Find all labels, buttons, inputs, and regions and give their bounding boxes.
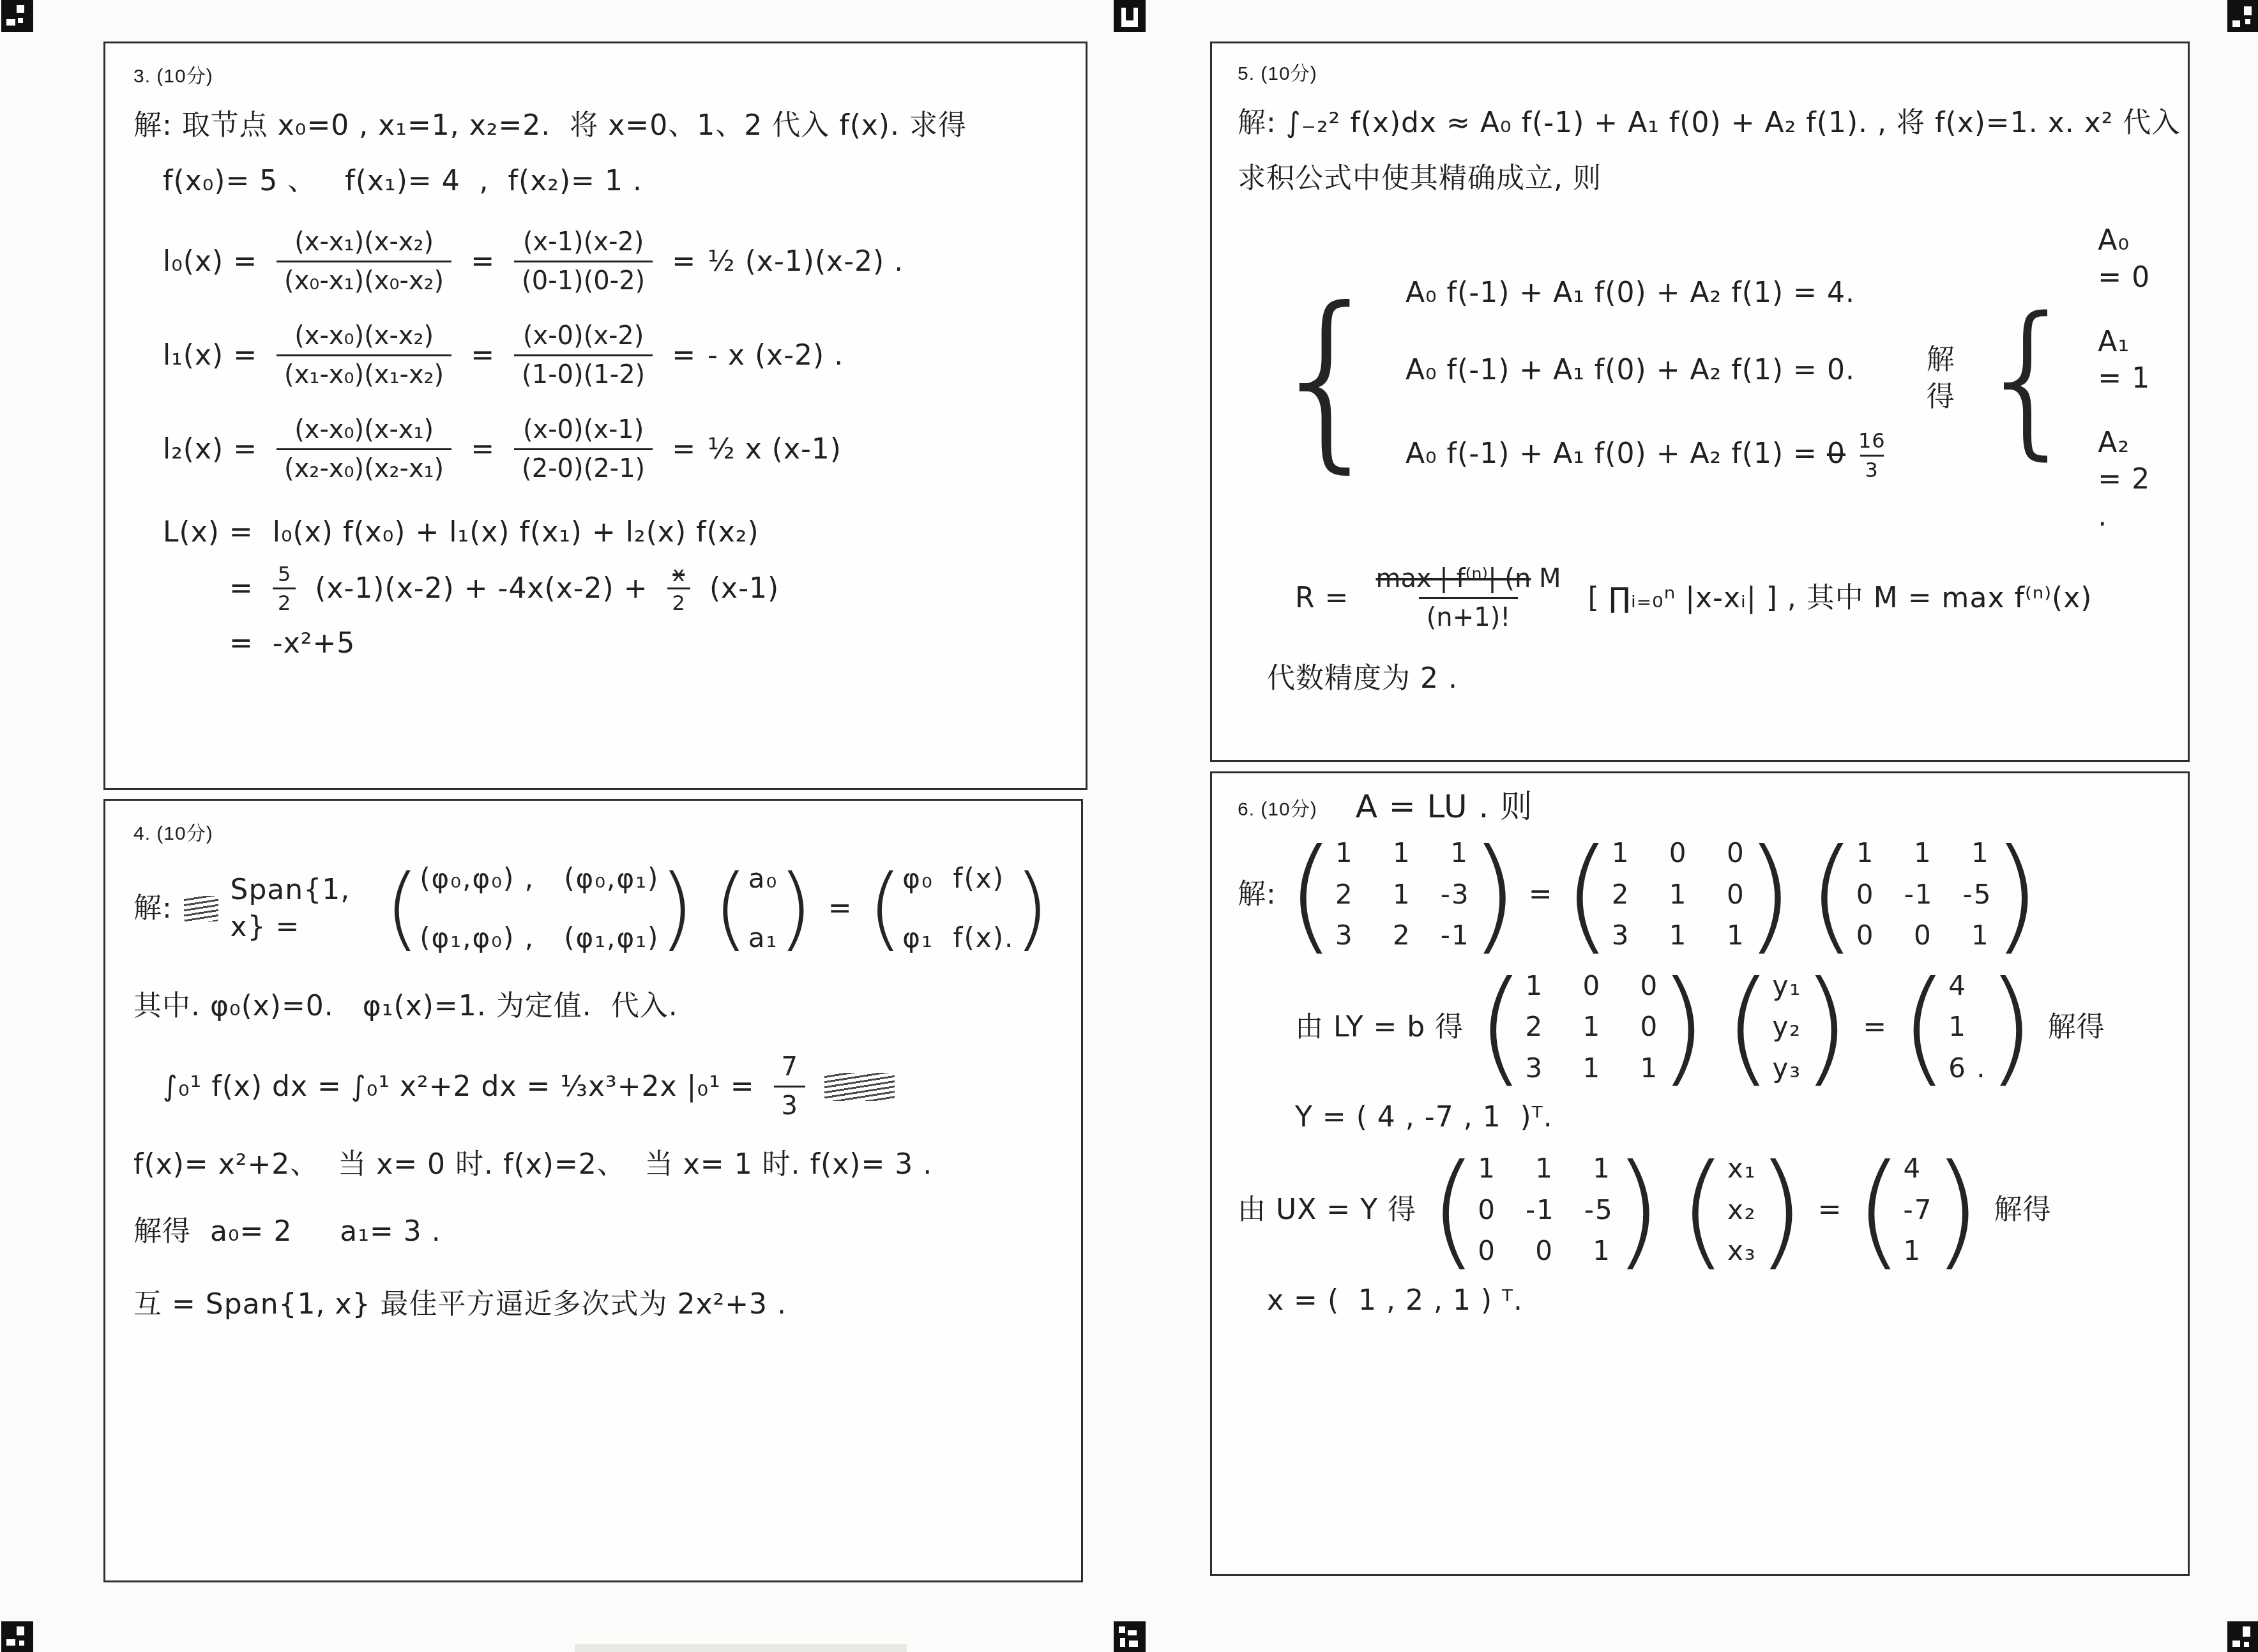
p5-exact-line: 求积公式中使其精确成立, 则 [1238,160,2162,197]
left-paren: ( [713,870,748,946]
p4-final-answer: 互 = Span{1, x} 最佳平方逼近多次式为 2x²+3 . [133,1286,1053,1322]
R-frac: max | f⁽ⁿ⁾| (n M (n+1)! [1368,564,1568,632]
l1-eq2: = [672,337,696,374]
x-row: x₃ [1727,1234,1757,1268]
left-paren: ( [1563,842,1612,948]
answer-box-problem-3: 3. (10分) 解: 取节点 x₀=0 , x₁=1, x₂=2. 将 x=0… [103,42,1087,790]
L-row: 3 1 1 [1612,919,1745,953]
U-row: 0 0 1 [1856,919,1992,953]
p4-solve-label: 解: [133,890,172,927]
p3-L-expansion: L(x) = l₀(x) f(x₀) + l₁(x) f(x₁) + l₂(x)… [163,514,1057,550]
R-denominator: (n+1)! [1419,597,1519,632]
l0-frac1: (x-x₁)(x-x₂)(x₀-x₁)(x₀-x₂) [277,227,451,296]
y-row: y₁ [1773,969,1802,1003]
l1-frac2: (x-0)(x-2)(1-0)(1-2) [514,321,653,390]
l1-num2: (x-0)(x-2) [515,321,652,354]
left-brace: { [1267,302,1389,455]
p6-LU-decomposition: 解: ( 1 1 1 2 1 -3 3 2 -1 ) = ( 1 0 0 2 1… [1238,837,2162,953]
p3-l0-equation: l₀(x) = (x-x₁)(x-x₂)(x₀-x₁)(x₀-x₂) = (x-… [163,227,1057,296]
matrix-U: ( 1 1 1 0 -1 -5 0 0 1 ) [1429,1152,1662,1268]
l2-lhs: l₂(x) = [163,431,257,467]
l0-rhs: ½ (x-1)(x-2) . [708,243,904,280]
p6-solve3-label: 解得 [1994,1192,2052,1228]
vector-b: ( 4 1 6 . ) [1900,969,2035,1086]
rhs-vector: ( φ₀ f(x) φ₁ f(x). ) [868,862,1049,955]
scribbled-out-text [824,1073,895,1101]
p4-normal-equations: 解: Span{1, x} = ( (φ₀,φ₀) , (φ₀,φ₁) (φ₁,… [133,862,1053,955]
system-eq-3: A₀ f(-1) + A₁ f(0) + A₂ f(1) = 0163 [1406,429,1898,482]
left-paren: ( [1679,1157,1727,1263]
right-paren: ) [1992,842,2040,948]
p4-coefficients-result: 解得 a₀= 2 a₁= 3 . [133,1213,1053,1250]
right-paren: ) [1933,1157,1981,1263]
l0-den1: (x₀-x₁)(x₀-x₂) [277,261,451,296]
l1-rhs: - x (x-2) . [708,337,844,374]
l2-rhs: ½ x (x-1) [708,431,842,467]
gram-matrix: ( (φ₀,φ₀) , (φ₀,φ₁) (φ₁,φ₀) , (φ₁,φ₁) ) [385,862,694,955]
right-paren: ) [1014,870,1049,946]
p6-eq2: = [1863,1009,1887,1045]
l0-num2: (x-1)(x-2) [515,227,652,261]
matrix-A: ( 1 1 1 2 1 -3 3 2 -1 ) [1287,837,1519,953]
p6-Y-result: Y = ( 4 , -7 , 1 )ᵀ. [1295,1099,2162,1135]
gram-row: (φ₀,φ₀) , (φ₀,φ₁) [420,862,659,896]
Yval-row: -7 [1904,1194,1933,1227]
l2-den1: (x₂-x₀)(x₂-x₁) [277,448,451,483]
U-row: 0 -1 -5 [1478,1194,1614,1227]
vector-x: ( x₁ x₂ x₃ ) [1679,1152,1805,1268]
matrix-U: ( 1 1 1 0 -1 -5 0 0 1 ) [1808,837,2041,953]
l2-num2: (x-0)(x-1) [515,415,652,448]
Yval-row: 1 [1904,1234,1933,1268]
scribbled-out-text [184,896,219,921]
frac-num: 7 [774,1052,805,1086]
struck-zero: 0 [1827,438,1845,471]
aruco-marker-icon [2227,1621,2258,1652]
Yval-row: 4 [1904,1152,1933,1186]
frac-den: 3 [1860,455,1884,482]
l1-frac1: (x-x₀)(x-x₂)(x₁-x₀)(x₁-x₂) [277,321,451,390]
l0-num1: (x-x₁)(x-x₂) [287,227,441,261]
result-A1: A₁ = 1 [2098,324,2162,397]
system-eq-1: A₀ f(-1) + A₁ f(0) + A₂ f(1) = 4. [1406,275,1898,311]
x-row: x₁ [1727,1152,1757,1186]
p5-remainder-line: R = max | f⁽ⁿ⁾| (n M (n+1)! [ ∏ᵢ₌₀ⁿ |x-x… [1295,564,2162,632]
U-row: 0 -1 -5 [1856,878,1992,912]
left-paren: ( [1900,974,1948,1080]
right-paren: ) [1614,1157,1662,1263]
aruco-marker-icon [1114,0,1146,32]
problem-3-header: 3. (10分) [133,60,1057,88]
matrix-L: ( 1 0 0 2 1 0 3 1 1 ) [1476,969,1707,1086]
p5-system: { A₀ f(-1) + A₁ f(0) + A₂ f(1) = 4. A₀ f… [1267,222,2162,534]
l0-eq2: = [672,243,696,280]
p4-integral-line: ∫₀¹ f(x) dx = ∫₀¹ x²+2 dx = ⅓x³+2x |₀¹ =… [163,1052,1053,1121]
p6-x-result: x = ( 1 , 2 , 1 ) ᵀ. [1267,1282,2162,1319]
L2-den1: 2 [273,587,296,615]
rhs-row: φ₁ f(x). [902,921,1014,955]
L2-frac2: x2 [667,563,690,616]
right-paren: ) [1801,974,1850,1080]
frac-num: 16 [1853,429,1891,455]
left-paren: ( [1429,1157,1478,1263]
p3-l2-equation: l₂(x) = (x-x₀)(x-x₁)(x₂-x₀)(x₂-x₁) = (x-… [163,415,1057,483]
L2-den2: 2 [667,587,690,615]
L2-post: (x-1) [709,570,779,607]
l1-den1: (x₁-x₀)(x₁-x₂) [277,354,451,390]
l2-eq1: = [471,431,495,467]
left-paren: ( [1476,974,1525,1080]
coef-row: a₁ [748,921,778,955]
left-paren: ( [1808,842,1856,948]
R-lhs: R = [1295,580,1349,616]
l2-eq2: = [672,431,696,467]
p4-basis-line: 其中. φ₀(x)=0. φ₁(x)=1. 为定值. 代入. [133,988,1053,1024]
answer-box-problem-4: 4. (10分) 解: Span{1, x} = ( (φ₀,φ₀) , (φ₀… [103,799,1083,1582]
LY-equals-b-label: 由 LY = b 得 [1295,1009,1464,1045]
problem-5-header: 5. (10分) [1238,57,2162,86]
p6-eq3: = [1818,1192,1842,1228]
L2-num1: 5 [273,563,296,588]
l0-den2: (0-1)(0-2) [514,261,653,296]
L2-pre: = [229,570,254,607]
vector-Y-values: ( 4 -7 1 ) [1855,1152,1981,1268]
scan-artifact [575,1644,907,1652]
vector-y: ( y₁ y₂ y₃ ) [1724,969,1850,1086]
rhs-row: φ₀ f(x) [902,862,1014,896]
p4-equals: = [828,890,852,927]
l0-lhs: l₀(x) = [163,243,257,280]
p6-solve-label: 解: [1238,876,1277,913]
right-paren: ) [1470,842,1519,948]
left-brace: { [1976,312,2081,445]
result-A0: A₀ = 0 [2098,222,2162,295]
l1-den2: (1-0)(1-2) [514,354,653,390]
sixteen-thirds-frac: 163 [1853,429,1891,482]
left-paren: ( [1287,842,1335,948]
y-row: y₃ [1773,1052,1802,1086]
kept-numerator: M [1539,564,1561,593]
aruco-marker-icon [1,0,33,32]
aruco-marker-icon [1114,1621,1146,1652]
L2-num2: x [667,563,690,588]
system-eq-2: A₀ f(-1) + A₁ f(0) + A₂ f(1) = 0. [1406,352,1898,388]
L-row: 1 0 0 [1525,969,1658,1003]
aruco-marker-icon [1,1621,33,1652]
p5-degree-conclusion: 代数精度为 2 . [1267,660,2162,697]
p6-eq1: = [1529,876,1553,913]
l1-lhs: l₁(x) = [163,337,257,374]
L-row: 3 1 1 [1525,1052,1658,1086]
coef-row: a₀ [748,862,778,896]
problem-6-header: 6. (10分) [1238,793,1317,821]
U-row: 0 0 1 [1478,1234,1614,1268]
matrix-L: ( 1 0 0 2 1 0 3 1 1 ) [1563,837,1794,953]
l0-eq1: = [471,243,495,280]
L-row: 1 0 0 [1612,837,1745,870]
U-row: 1 1 1 [1856,837,1992,870]
p3-final-result: = -x²+5 [229,625,1057,662]
p4-span-label: Span{1, x} = [230,872,369,944]
l1-num1: (x-x₀)(x-x₂) [287,321,441,354]
p4-eval-line: f(x)= x²+2、 当 x= 0 时. f(x)=2、 当 x= 1 时. … [133,1146,1053,1183]
l2-frac2: (x-0)(x-1)(2-0)(2-1) [514,415,653,483]
A-row: 2 1 -3 [1335,878,1470,912]
left-paren: ( [868,870,903,946]
l2-num1: (x-x₀)(x-x₁) [287,415,441,448]
y-row: y₂ [1773,1010,1802,1044]
p5-quadrature-line: 解: ∫₋₂² f(x)dx ≈ A₀ f(-1) + A₁ f(0) + A₂… [1238,105,2162,141]
p6-solve2-label: 解得 [2048,1009,2105,1045]
p3-L-substituted: = 52 (x-1)(x-2) + -4x(x-2) + x2 (x-1) [229,563,1057,616]
aruco-marker-icon [2227,0,2258,32]
p3-line-nodes: 解: 取节点 x₀=0 , x₁=1, x₂=2. 将 x=0、1、2 代入 f… [133,107,1057,144]
frac-den: 3 [774,1086,805,1121]
R-numerator: max | f⁽ⁿ⁾| (n M [1368,564,1568,597]
l2-den2: (2-0)(2-1) [514,448,653,483]
L-row: 2 1 0 [1525,1010,1658,1044]
gram-row: (φ₁,φ₀) , (φ₁,φ₁) [420,921,659,955]
result-A2: A₂ = 2 . [2098,425,2162,534]
right-paren: ) [1757,1157,1805,1263]
answer-box-problem-5: 5. (10分) 解: ∫₋₂² f(x)dx ≈ A₀ f(-1) + A₁ … [1210,42,2190,762]
integral-expression: ∫₀¹ f(x) dx = ∫₀¹ x²+2 dx = ⅓x³+2x |₀¹ = [163,1068,755,1105]
problem-4-header: 4. (10分) [133,817,1053,845]
l0-frac2: (x-1)(x-2)(0-1)(0-2) [514,227,653,296]
system-eq-3-lhs: A₀ f(-1) + A₁ f(0) + A₂ f(1) = [1406,438,1817,471]
b-row: 6 . [1948,1052,1986,1086]
left-paren: ( [1855,1157,1904,1263]
b-row: 1 [1948,1010,1986,1044]
p6-forward-substitution: 由 LY = b 得 ( 1 0 0 2 1 0 3 1 1 ) ( y₁ y₂… [1295,969,2162,1086]
left-paren: ( [385,870,420,946]
left-paren: ( [1724,974,1772,1080]
A-row: 3 2 -1 [1335,919,1470,953]
struck-numerator: max | f⁽ⁿ⁾| (n [1375,564,1531,593]
answer-box-problem-6: 6. (10分) A = LU . 则 解: ( 1 1 1 2 1 -3 3 … [1210,771,2190,1576]
A-row: 1 1 1 [1335,837,1470,870]
right-paren: ) [778,870,813,946]
right-paren: ) [659,870,694,946]
p3-line-values: f(x₀)= 5 、 f(x₁)= 4 , f(x₂)= 1 . [163,163,1057,199]
p3-l1-equation: l₁(x) = (x-x₀)(x-x₂)(x₁-x₀)(x₁-x₂) = (x-… [163,321,1057,390]
right-paren: ) [1745,842,1794,948]
b-row: 4 [1948,969,1986,1003]
x-row: x₂ [1727,1194,1757,1227]
l2-frac1: (x-x₀)(x-x₁)(x₂-x₀)(x₂-x₁) [277,415,451,483]
l1-eq1: = [471,337,495,374]
U-row: 1 1 1 [1478,1152,1614,1186]
p5-solve-label: 解得 [1927,342,1959,414]
L2-frac1: 52 [273,563,296,616]
coefficient-vector: ( a₀ a₁ ) [713,862,813,955]
L-row: 2 1 0 [1612,878,1745,912]
seven-thirds-frac: 73 [774,1052,805,1121]
L2-mid: (x-1)(x-2) + -4x(x-2) + [315,570,648,607]
R-post: [ ∏ᵢ₌₀ⁿ |x-xᵢ| ] , 其中 M = max f⁽ⁿ⁾(x) [1588,580,2093,616]
p6-back-substitution: 由 UX = Y 得 ( 1 1 1 0 -1 -5 0 0 1 ) ( x₁ … [1238,1152,2162,1268]
right-paren: ) [1658,974,1707,1080]
UX-equals-Y-label: 由 UX = Y 得 [1238,1192,1416,1228]
right-paren: ) [1987,974,2035,1080]
